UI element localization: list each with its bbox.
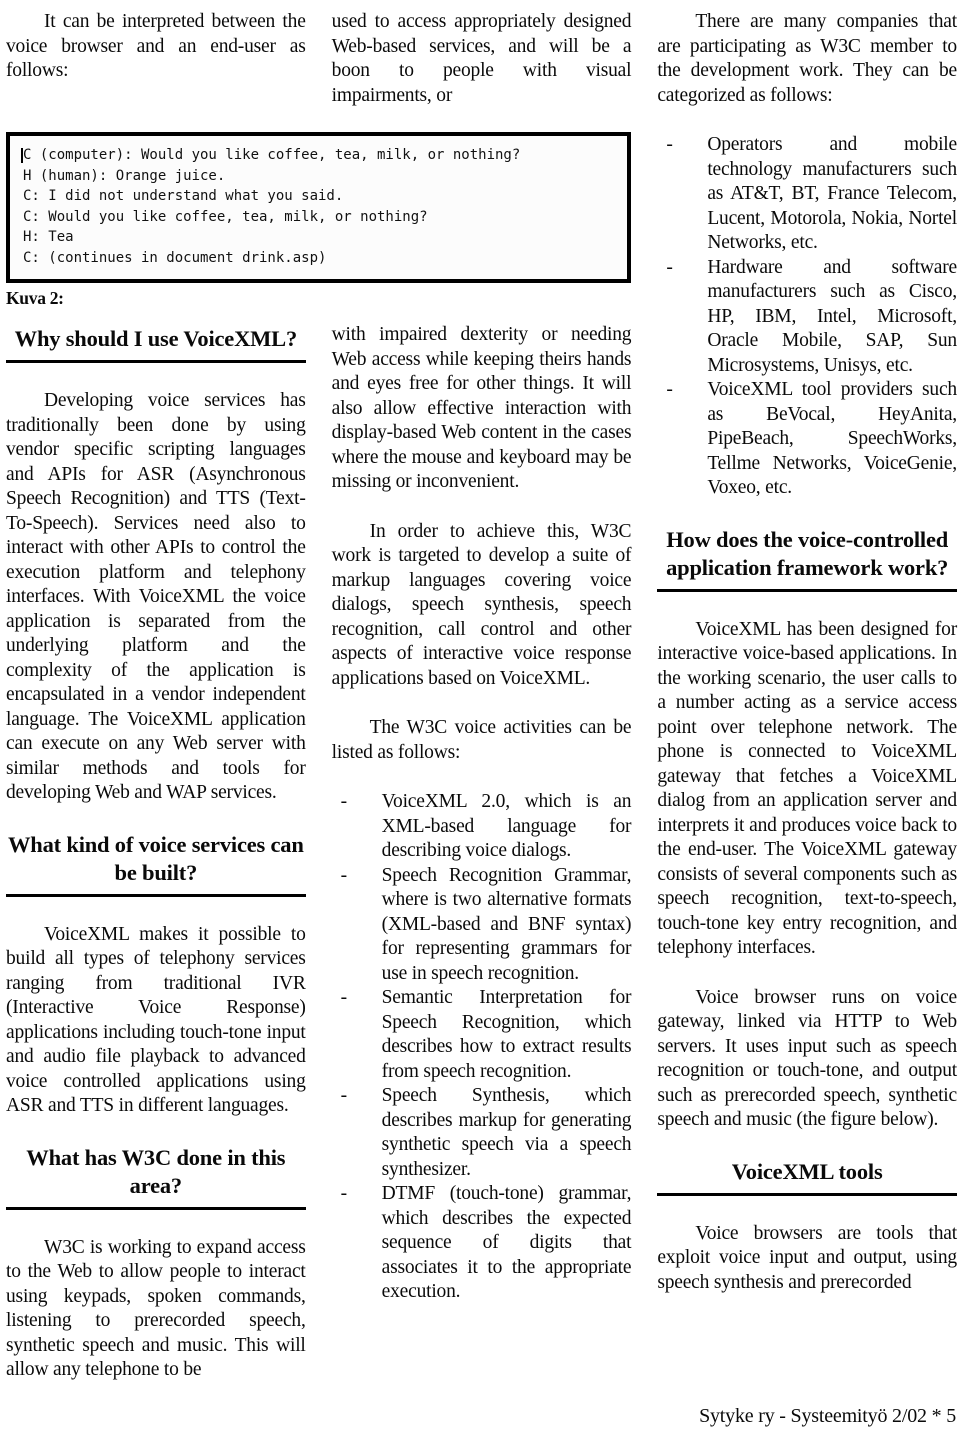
list-item-text: DTMF (touch-tone) grammar, which describ… (382, 1183, 632, 1302)
text-cursor (21, 148, 23, 163)
list-item-text: VoiceXML tool providers such as BeVocal,… (707, 379, 957, 498)
code-line: C: Would you like coffee, tea, milk, or … (23, 207, 617, 228)
section-heading: VoiceXML tools (657, 1158, 957, 1196)
paragraph: It can be interpreted between the voice … (6, 10, 306, 84)
magazine-page: It can be interpreted between the voice … (0, 0, 960, 1433)
paragraph: with impaired dexterity or needing Web a… (332, 323, 632, 495)
paragraph: Voice browser runs on voice gateway, lin… (657, 986, 957, 1133)
column-left: Why should I use VoiceXML?Developing voi… (6, 323, 306, 1408)
dash-marker: - (341, 790, 347, 815)
paragraph: Developing voice services has traditiona… (6, 389, 306, 806)
paragraph: Voice browsers are tools that exploit vo… (657, 1222, 957, 1296)
list-item: -Hardware and software manufacturers suc… (657, 256, 957, 379)
code-line: C: (continues in document drink.asp) (23, 248, 617, 269)
code-line: C: I did not understand what you said. (23, 186, 617, 207)
code-line: H (human): Orange juice. (23, 166, 617, 187)
dash-marker: - (341, 864, 347, 889)
list-item-text: Operators and mobile technology manufact… (707, 134, 957, 253)
section-heading: What kind of voice services can be built… (6, 831, 306, 897)
column-right: There are many companies that are partic… (657, 10, 957, 1408)
list-item: -VoiceXML tool providers such as BeVocal… (657, 378, 957, 501)
dash-marker: - (341, 1084, 347, 1109)
figure-block: C (computer): Would you like coffee, tea… (6, 132, 631, 323)
code-lines: C (computer): Would you like coffee, tea… (23, 145, 617, 268)
code-line: C (computer): Would you like coffee, tea… (23, 145, 617, 166)
page-footer: Sytyke ry - Systeemityö 2/02 * 5 (699, 1405, 956, 1428)
list-item: -Semantic Interpretation for Speech Reco… (332, 986, 632, 1084)
column-middle: with impaired dexterity or needing Web a… (332, 323, 632, 1408)
paragraph: There are many companies that are partic… (657, 10, 957, 108)
column-left-intro: It can be interpreted between the voice … (6, 10, 306, 108)
paragraph: VoiceXML makes it possible to build all … (6, 923, 306, 1119)
section-heading: How does the voice-controlled applicatio… (657, 526, 957, 592)
column-middle-intro: used to access appropriately designed We… (332, 10, 632, 108)
list-item-text: VoiceXML 2.0, which is an XML-based lang… (382, 791, 632, 861)
list-item-text: Hardware and software manufacturers such… (707, 257, 957, 376)
bullet-list: -Operators and mobile technology manufac… (657, 133, 957, 501)
paragraph: W3C is working to expand access to the W… (6, 1236, 306, 1383)
list-item: -Operators and mobile technology manufac… (657, 133, 957, 256)
figure-caption: Kuva 2: (6, 288, 631, 309)
paragraph: used to access appropriately designed We… (332, 10, 632, 108)
dash-marker: - (341, 1182, 347, 1207)
paragraph: The W3C voice activities can be listed a… (332, 716, 632, 765)
section-heading: What has W3C done in this area? (6, 1144, 306, 1210)
dash-marker: - (341, 986, 347, 1011)
list-item: -Speech Synthesis, which describes marku… (332, 1084, 632, 1182)
paragraph: VoiceXML has been designed for interacti… (657, 618, 957, 961)
dash-marker: - (666, 133, 672, 158)
list-item: -VoiceXML 2.0, which is an XML-based lan… (332, 790, 632, 864)
dialog-code-box: C (computer): Would you like coffee, tea… (6, 132, 631, 283)
three-column-layout: It can be interpreted between the voice … (6, 10, 957, 1408)
list-item-text: Speech Recognition Grammar, where is two… (382, 865, 632, 984)
list-item: -DTMF (touch-tone) grammar, which descri… (332, 1182, 632, 1305)
section-heading: Why should I use VoiceXML? (6, 325, 306, 363)
dash-marker: - (666, 256, 672, 281)
list-item-text: Speech Synthesis, which describes markup… (382, 1085, 632, 1180)
dash-marker: - (666, 378, 672, 403)
bullet-list: -VoiceXML 2.0, which is an XML-based lan… (332, 790, 632, 1305)
paragraph: In order to achieve this, W3C work is ta… (332, 520, 632, 692)
list-item-text: Semantic Interpretation for Speech Recog… (382, 987, 632, 1082)
code-line: H: Tea (23, 227, 617, 248)
list-item: -Speech Recognition Grammar, where is tw… (332, 864, 632, 987)
